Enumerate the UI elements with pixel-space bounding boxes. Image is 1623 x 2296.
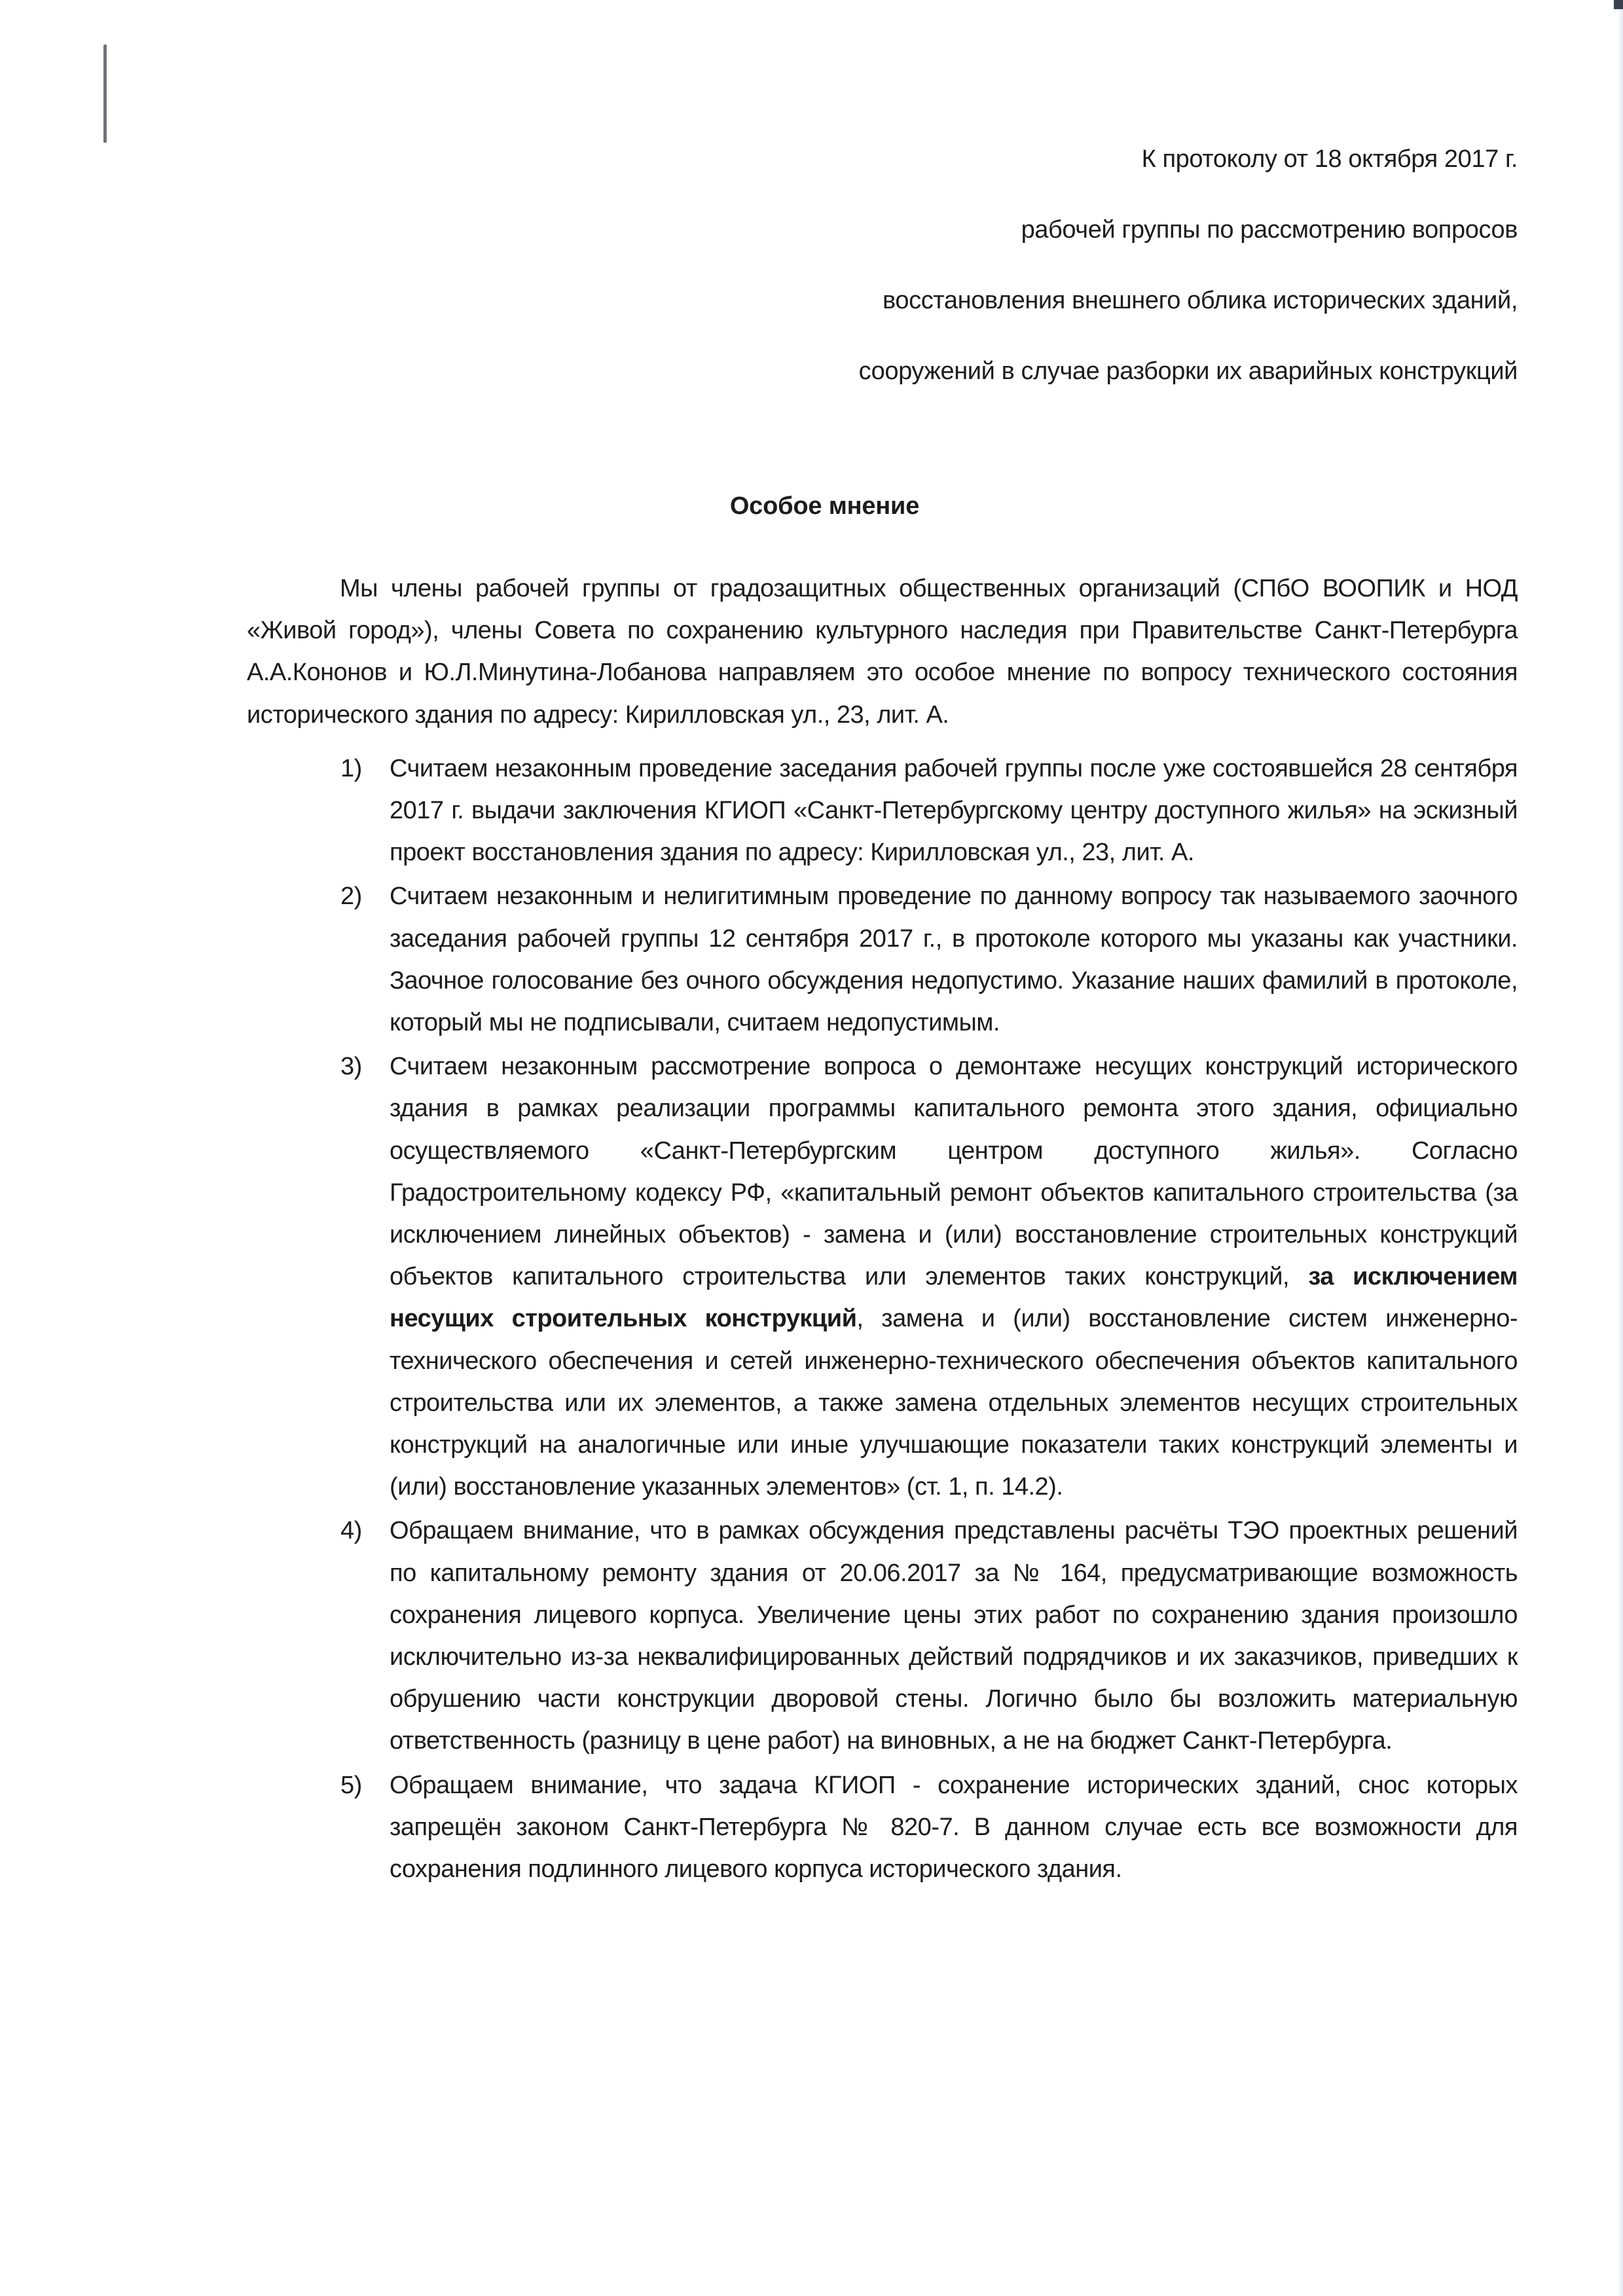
list-item-text-part: Считаем незаконным рассмотрение вопроса … <box>390 1053 1518 1290</box>
header-line: К протоколу от 18 октября 2017 г. <box>601 137 1518 208</box>
list-item: 5) Обращаем внимание, что задача КГИОП -… <box>247 1764 1518 1891</box>
list-item: 3) Считаем незаконным рассмотрение вопро… <box>247 1046 1518 1508</box>
list-item-text: Считаем незаконным и нелигитимным провед… <box>390 875 1518 1044</box>
scan-edge <box>1618 0 1623 2296</box>
header-line: сооружений в случае разборки их аварийны… <box>601 350 1518 420</box>
scan-edge-corner <box>1614 0 1623 9</box>
header-line: восстановления внешнего облика историчес… <box>601 279 1518 350</box>
list-item-number: 3) <box>340 1046 362 1087</box>
scan-artifact-mark <box>103 45 107 143</box>
points-list: 1) Считаем незаконным проведение заседан… <box>247 748 1518 1890</box>
document-title: Особое мнение <box>0 492 1623 520</box>
list-item-text: Считаем незаконным проведение заседания … <box>390 748 1518 874</box>
list-item-text-part: , замена и (или) восстановление систем и… <box>390 1305 1518 1501</box>
list-item-number: 1) <box>340 748 362 790</box>
list-item: 1) Считаем незаконным проведение заседан… <box>247 748 1518 874</box>
list-item-number: 4) <box>340 1510 362 1552</box>
intro-paragraph: Мы члены рабочей группы от градозащитных… <box>247 568 1518 736</box>
list-item-text: Обращаем внимание, что в рамках обсужден… <box>390 1510 1518 1762</box>
protocol-reference-header: К протоколу от 18 октября 2017 г. рабоче… <box>601 137 1518 420</box>
document-page: К протоколу от 18 октября 2017 г. рабоче… <box>0 0 1623 2296</box>
list-item: 2) Считаем незаконным и нелигитимным про… <box>247 875 1518 1044</box>
list-item-text: Обращаем внимание, что задача КГИОП - со… <box>390 1764 1518 1891</box>
header-line: рабочей группы по рассмотрению вопросов <box>601 208 1518 279</box>
document-title-text: Особое мнение <box>730 492 919 520</box>
list-item-number: 5) <box>340 1764 362 1806</box>
list-item: 4) Обращаем внимание, что в рамках обсуж… <box>247 1510 1518 1762</box>
list-item-number: 2) <box>340 875 362 917</box>
document-body: Мы члены рабочей группы от градозащитных… <box>247 568 1518 1892</box>
list-item-text: Считаем незаконным рассмотрение вопроса … <box>390 1046 1518 1508</box>
